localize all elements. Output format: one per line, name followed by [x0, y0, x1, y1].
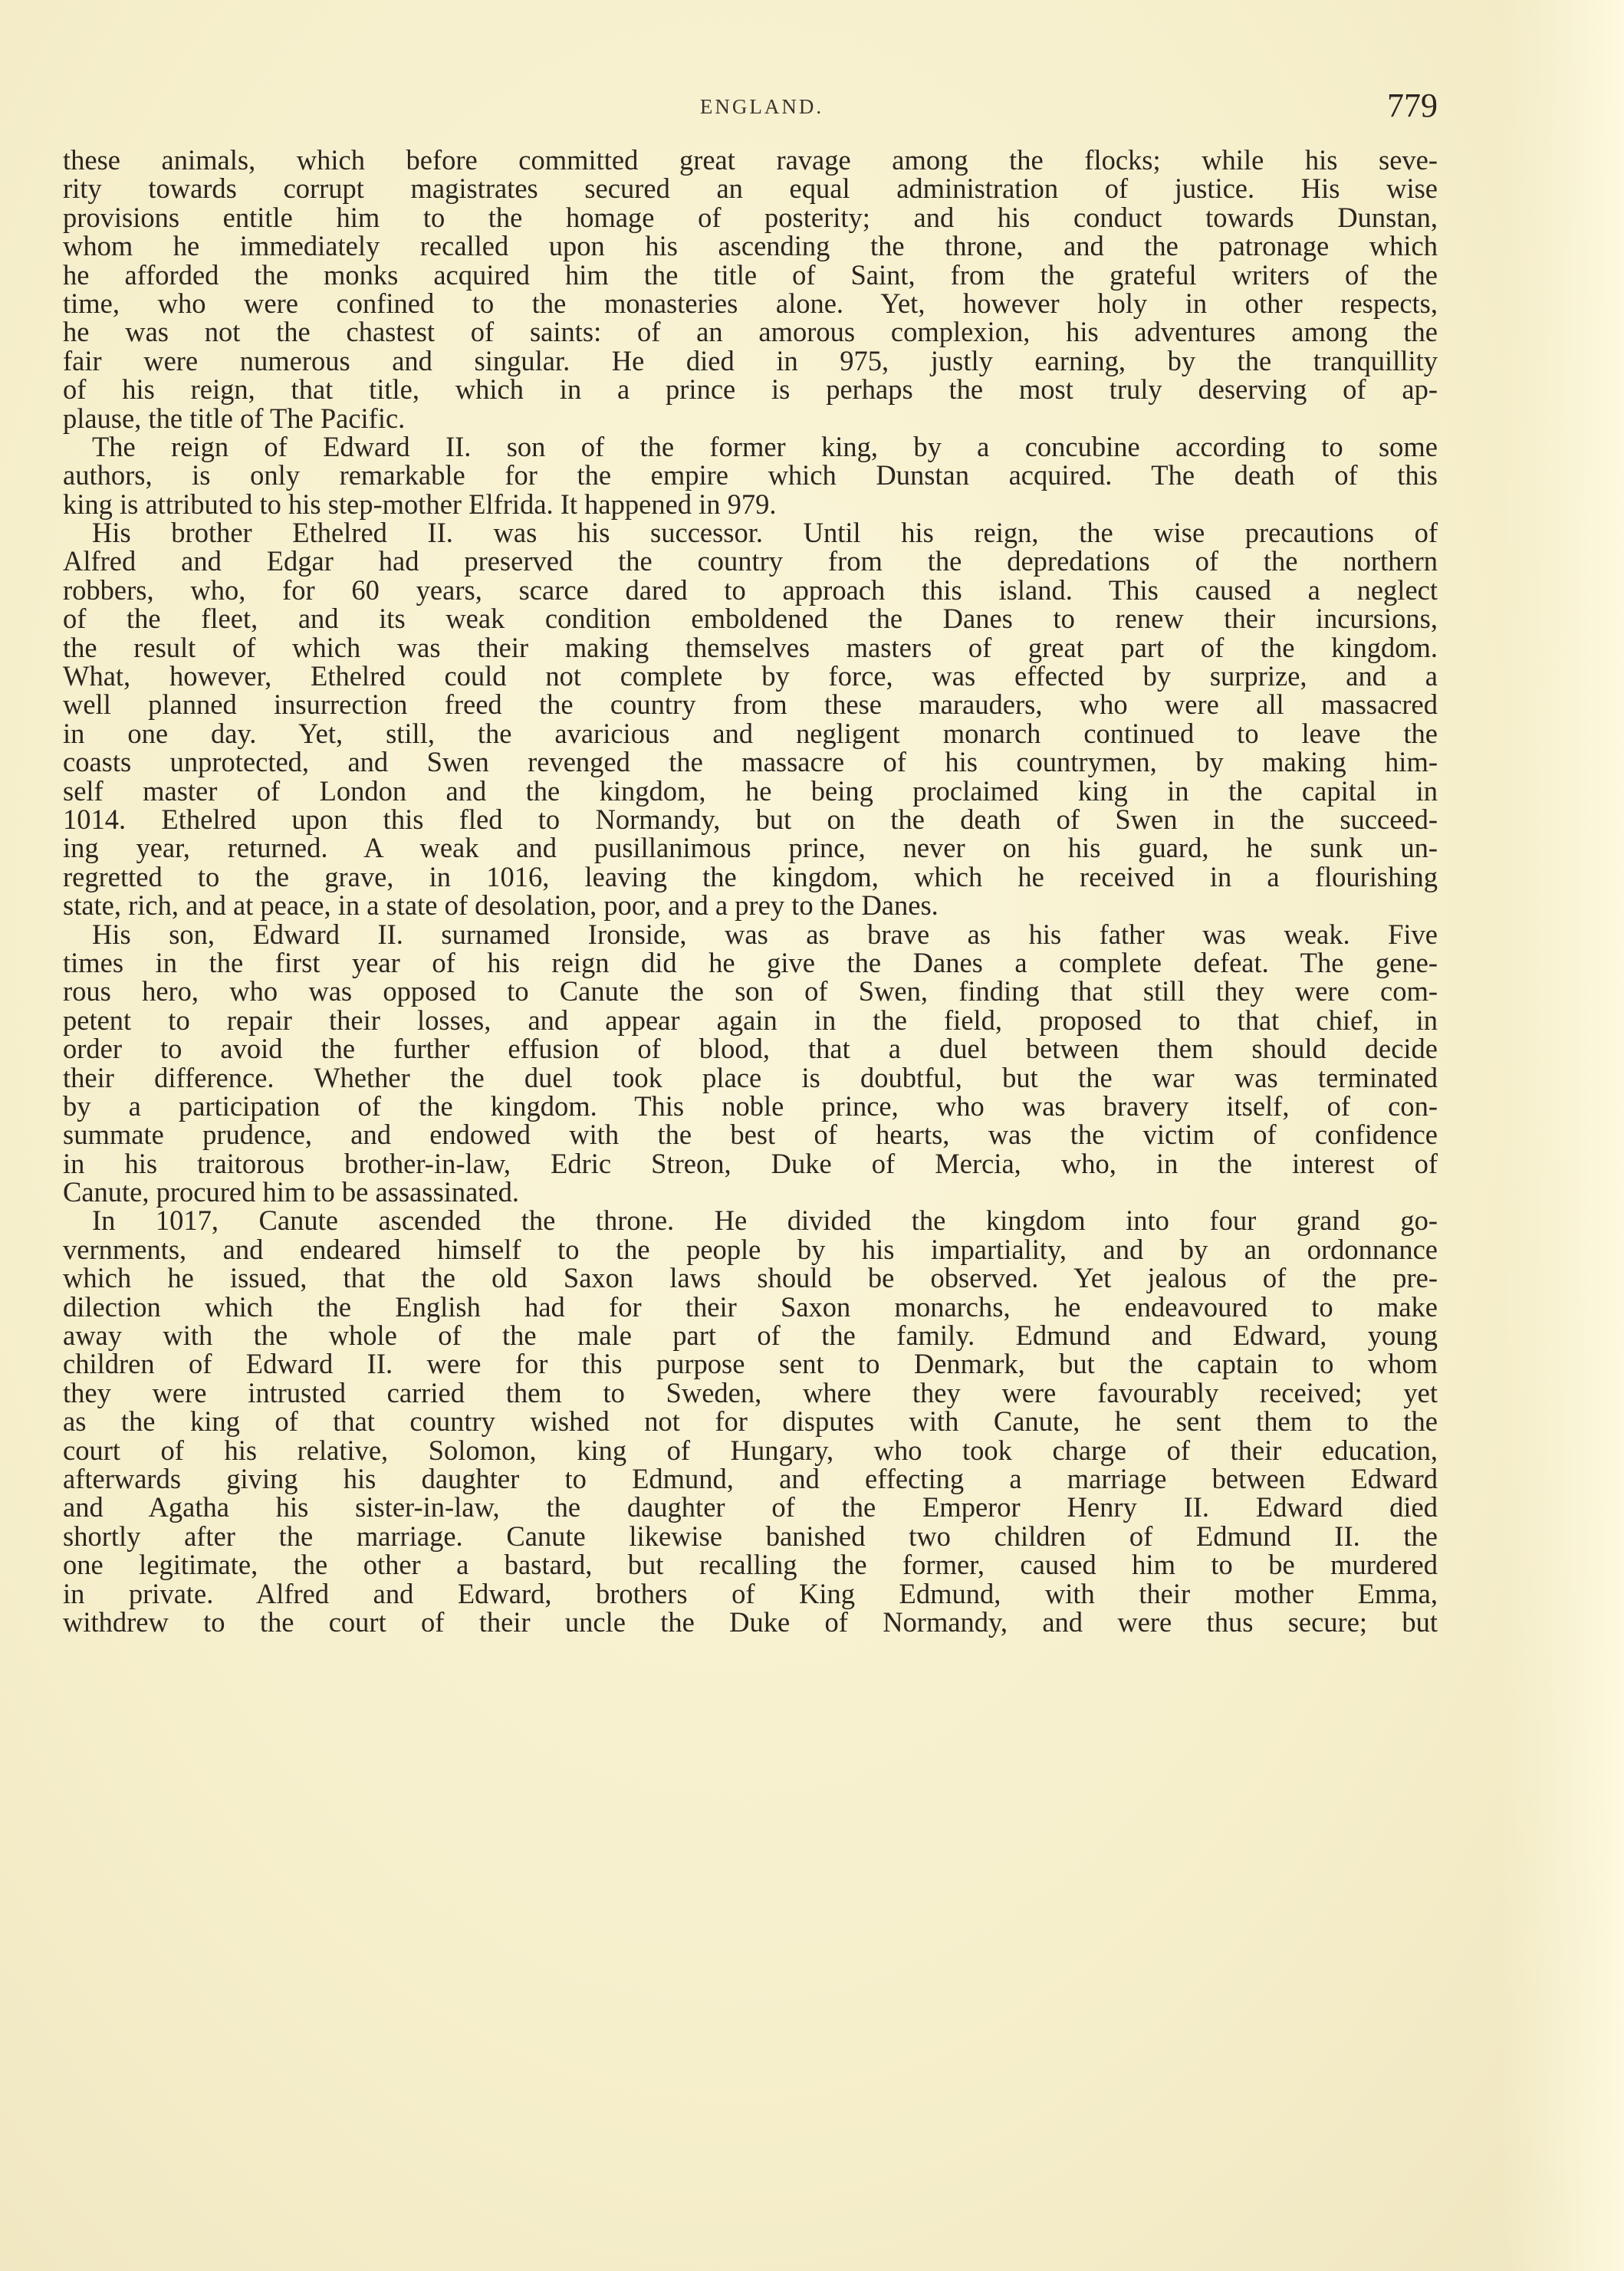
text-line: whom he immediately recalled upon his as…	[63, 232, 1438, 260]
text-line: authors, is only remarkable for the empi…	[63, 461, 1438, 489]
text-line: court of his relative, Solomon, king of …	[63, 1436, 1438, 1464]
text-line: Canute, procured him to be assassinated.	[63, 1178, 1438, 1206]
text-line: petent to repair their losses, and appea…	[63, 1006, 1438, 1034]
text-line: afterwards giving his daughter to Edmund…	[63, 1464, 1438, 1493]
text-line: ing year, returned. A weak and pusillani…	[63, 833, 1438, 862]
text-line: His brother Ethelred II. was his success…	[63, 518, 1438, 547]
text-line: well planned insurrection freed the coun…	[63, 690, 1438, 718]
text-line: The reign of Edward II. son of the forme…	[63, 432, 1438, 461]
text-line: regretted to the grave, in 1016, leaving…	[63, 863, 1438, 891]
page-edge-shading	[1501, 0, 1624, 2271]
text-line: state, rich, and at peace, in a state of…	[63, 891, 1438, 919]
text-line: 1014. Ethelred upon this fled to Normand…	[63, 805, 1438, 833]
text-line: children of Edward II. were for this pur…	[63, 1349, 1438, 1378]
page-number: 779	[1387, 86, 1438, 125]
text-line: they were intrusted carried them to Swed…	[63, 1379, 1438, 1407]
text-line: rous hero, who was opposed to Canute the…	[63, 977, 1438, 1005]
text-line: away with the whole of the male part of …	[63, 1321, 1438, 1349]
text-line: self master of London and the kingdom, h…	[63, 777, 1438, 805]
text-line: by a participation of the kingdom. This …	[63, 1092, 1438, 1120]
text-line: rity towards corrupt magistrates secured…	[63, 174, 1438, 202]
running-head: ENGLAND. 779	[63, 90, 1438, 121]
text-line: Alfred and Edgar had preserved the count…	[63, 547, 1438, 575]
paragraph: His brother Ethelred II. was his success…	[63, 518, 1438, 919]
text-line: which he issued, that the old Saxon laws…	[63, 1264, 1438, 1292]
paragraph: In 1017, Canute ascended the throne. He …	[63, 1206, 1438, 1636]
paragraph: these animals, which before committed gr…	[63, 146, 1438, 432]
text-line: fair were numerous and singular. He died…	[63, 347, 1438, 375]
text-line: In 1017, Canute ascended the throne. He …	[63, 1206, 1438, 1234]
text-line: plause, the title of The Pacific.	[63, 404, 1438, 432]
text-line: and Agatha his sister-in-law, the daught…	[63, 1493, 1438, 1521]
text-line: vernments, and endeared himself to the p…	[63, 1235, 1438, 1264]
text-line: as the king of that country wished not f…	[63, 1407, 1438, 1435]
text-line: in one day. Yet, still, the avaricious a…	[63, 719, 1438, 748]
text-line: times in the first year of his reign did…	[63, 948, 1438, 977]
text-line: he afforded the monks acquired him the t…	[63, 261, 1438, 289]
text-line: shortly after the marriage. Canute likew…	[63, 1522, 1438, 1550]
text-line: robbers, who, for 60 years, scarce dared…	[63, 576, 1438, 604]
text-line: the result of which was their making the…	[63, 633, 1438, 662]
body-text: these animals, which before committed gr…	[63, 146, 1438, 1636]
text-line: time, who were confined to the monasteri…	[63, 289, 1438, 317]
running-title: ENGLAND.	[63, 95, 1438, 119]
text-line: these animals, which before committed gr…	[63, 146, 1438, 174]
text-line: dilection which the English had for thei…	[63, 1293, 1438, 1321]
text-line: withdrew to the court of their uncle the…	[63, 1608, 1438, 1636]
text-line: king is attributed to his step-mother El…	[63, 490, 1438, 518]
text-line: coasts unprotected, and Swen revenged th…	[63, 748, 1438, 776]
text-line: their difference. Whether the duel took …	[63, 1063, 1438, 1092]
text-line: of his reign, that title, which in a pri…	[63, 375, 1438, 403]
paragraph: The reign of Edward II. son of the forme…	[63, 432, 1438, 518]
paragraph: His son, Edward II. surnamed Ironside, w…	[63, 920, 1438, 1207]
text-line: in private. Alfred and Edward, brothers …	[63, 1579, 1438, 1608]
text-line: of the fleet, and its weak condition emb…	[63, 604, 1438, 633]
text-line: summate prudence, and endowed with the b…	[63, 1120, 1438, 1149]
text-line: order to avoid the further effusion of b…	[63, 1034, 1438, 1063]
text-line: in his traitorous brother-in-law, Edric …	[63, 1149, 1438, 1178]
text-line: What, however, Ethelred could not comple…	[63, 662, 1438, 690]
text-line: one legitimate, the other a bastard, but…	[63, 1550, 1438, 1579]
text-line: he was not the chastest of saints: of an…	[63, 317, 1438, 346]
text-line: provisions entitle him to the homage of …	[63, 203, 1438, 232]
text-line: His son, Edward II. surnamed Ironside, w…	[63, 920, 1438, 948]
